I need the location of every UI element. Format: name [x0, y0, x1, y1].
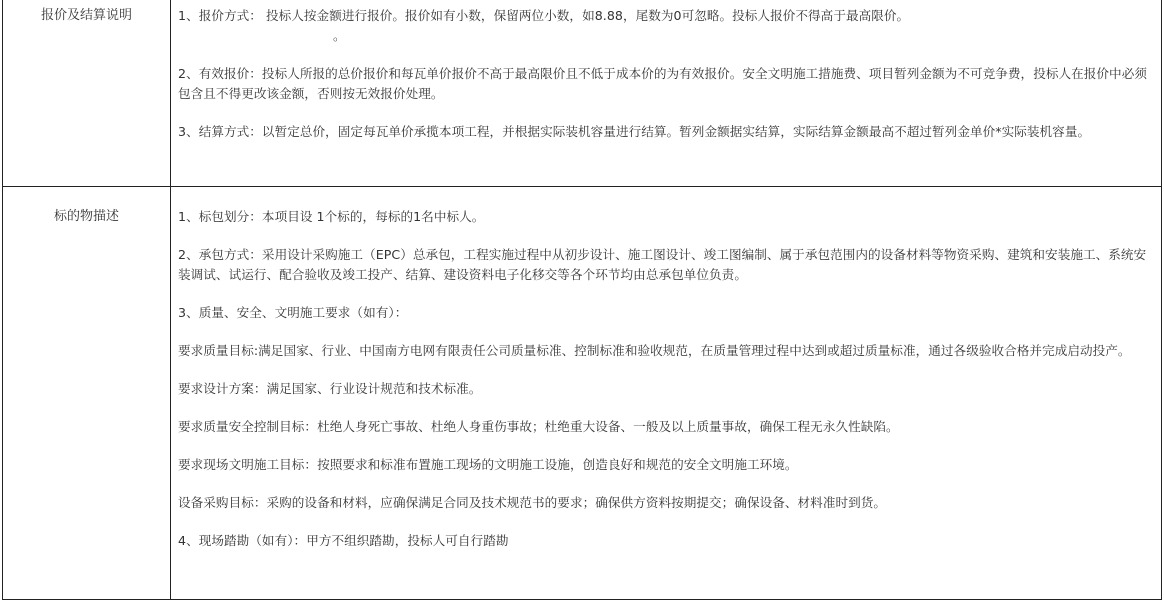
content-cell-subject: 1、标包划分：本项目设 1个标的，每标的1名中标人。 2、承包方式：采用设计采购… [171, 187, 1162, 600]
content-cell-pricing: 1、报价方式： 投标人按金额进行报价。报价如有小数，保留两位小数，如8.88，尾… [171, 0, 1162, 187]
paragraph-pricing-method: 1、报价方式： 投标人按金额进行报价。报价如有小数，保留两位小数，如8.88，尾… [178, 0, 1153, 26]
table-row-subject: 标的物描述 1、标包划分：本项目设 1个标的，每标的1名中标人。 2、承包方式：… [3, 187, 1162, 600]
paragraph-settlement-method: 3、结算方式：以暂定总价，固定每瓦单价承揽本项工程，并根据实际装机容量进行结算。… [178, 122, 1153, 142]
row-label: 标的物描述 [3, 187, 170, 227]
paragraph-quality-target: 要求质量目标:满足国家、行业、中国南方电网有限责任公司质量标准、控制标准和验收规… [178, 341, 1153, 361]
bid-info-table: 报价及结算说明 1、报价方式： 投标人按金额进行报价。报价如有小数，保留两位小数… [2, 0, 1162, 600]
paragraph-design-plan: 要求设计方案：满足国家、行业设计规范和技术标准。 [178, 379, 1153, 399]
paragraph-lot-division: 1、标包划分：本项目设 1个标的，每标的1名中标人。 [178, 187, 1153, 227]
paragraph-contract-method: 2、承包方式：采用设计采购施工（EPC）总承包，工程实施过程中从初步设计、施工图… [178, 245, 1153, 285]
label-cell-pricing: 报价及结算说明 [3, 0, 171, 187]
label-cell-subject: 标的物描述 [3, 187, 171, 600]
paragraph-safety-control: 要求质量安全控制目标：杜绝人身死亡事故、杜绝人身重伤事故；杜绝重大设备、一般及以… [178, 417, 1153, 437]
paragraph-equipment-procurement: 设备采购目标：采购的设备和材料，应确保满足合同及技术规范书的要求；确保供方资料按… [178, 493, 1153, 513]
table-row-pricing: 报价及结算说明 1、报价方式： 投标人按金额进行报价。报价如有小数，保留两位小数… [3, 0, 1162, 187]
paragraph-stray-period: 。 [178, 26, 1153, 46]
paragraph-civilized-construction: 要求现场文明施工目标：按照要求和标准布置施工现场的文明施工设施，创造良好和规范的… [178, 455, 1153, 475]
paragraph-quality-safety-heading: 3、质量、安全、文明施工要求（如有）： [178, 303, 1153, 323]
paragraph-valid-quote: 2、有效报价：投标人所报的总价报价和每瓦单价报价不高于最高限价且不低于成本价的为… [178, 64, 1153, 104]
row-label: 报价及结算说明 [3, 0, 170, 26]
paragraph-site-survey: 4、现场踏勘（如有）：甲方不组织踏勘，投标人可自行踏勘 [178, 531, 1153, 551]
